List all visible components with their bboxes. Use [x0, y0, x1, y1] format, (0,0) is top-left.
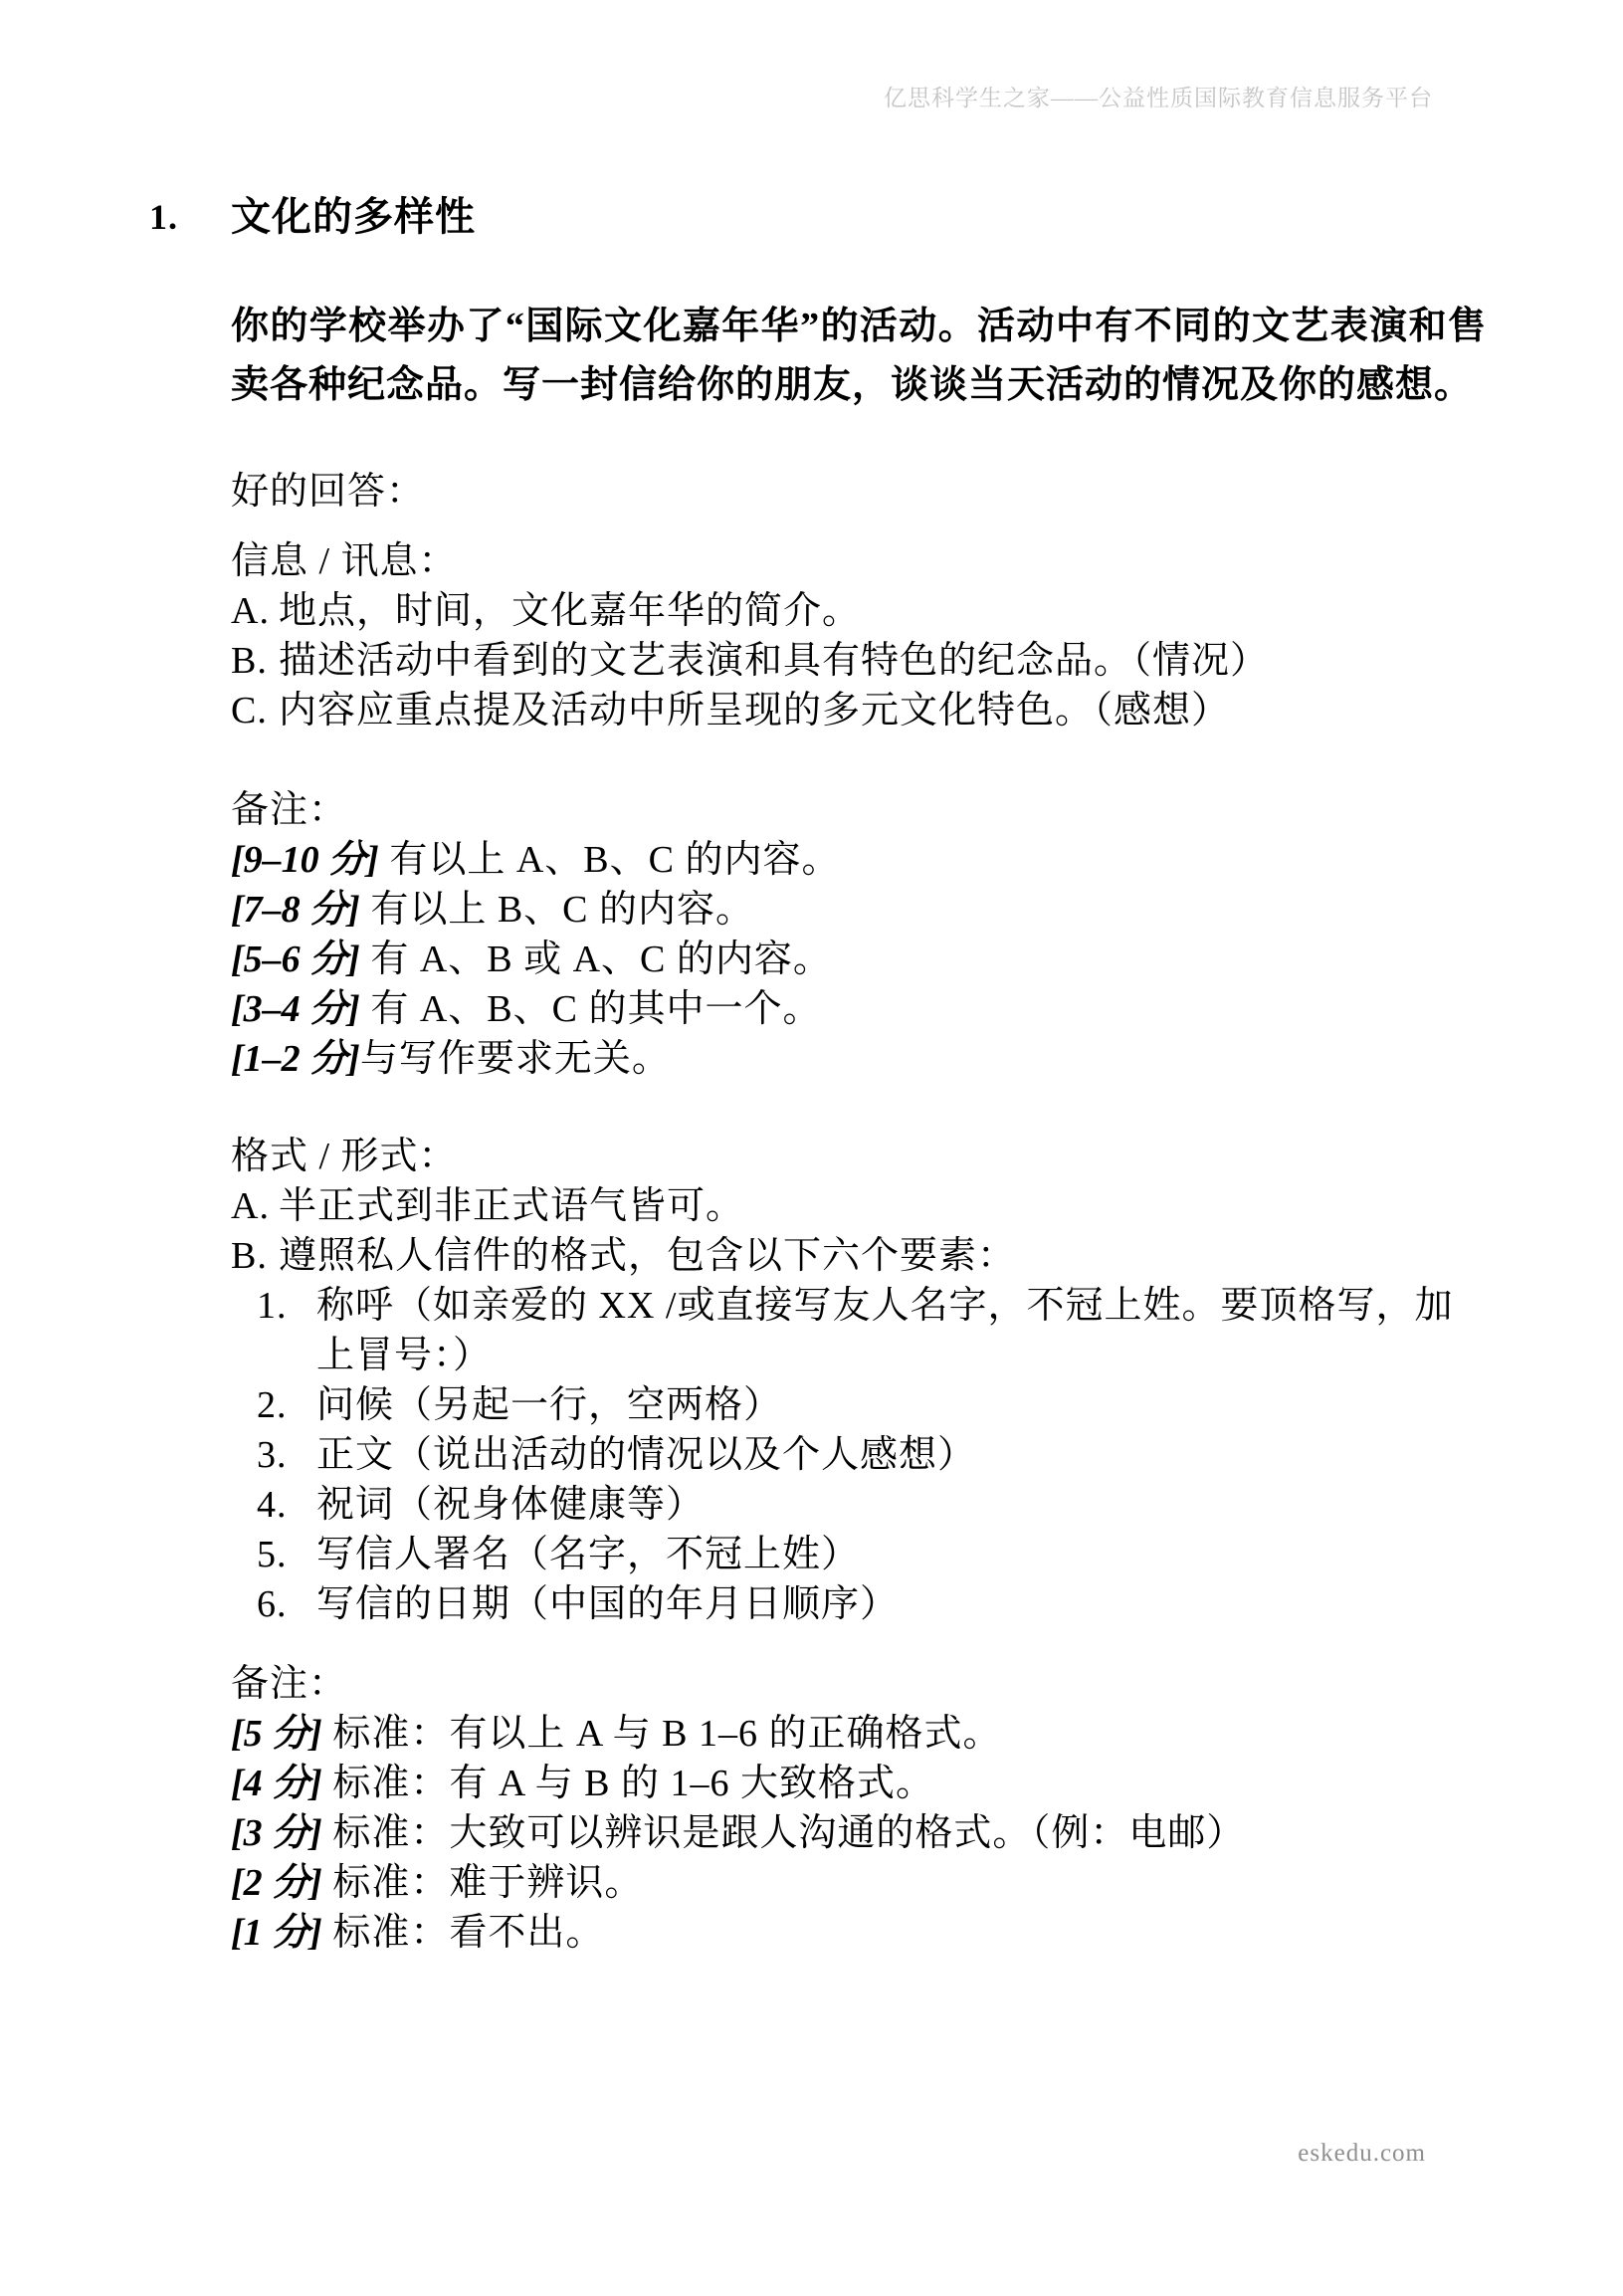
info-score-list: [9–10 分] 有以上 A、B、C 的内容。 [7–8 分] 有以上 B、C …	[231, 835, 1487, 1084]
format-notes-heading: 备注：	[231, 1659, 1487, 1709]
score-band: [7–8 分]	[231, 889, 360, 931]
format-score-list: [5 分] 标准：有以上 A 与 B 1–6 的正确格式。 [4 分] 标准：有…	[231, 1709, 1487, 1958]
point-label: C.	[231, 686, 279, 735]
score-criterion: [5–6 分] 有 A、B 或 A、C 的内容。	[231, 935, 1487, 984]
point-label: A.	[231, 1181, 279, 1231]
score-text: 有以上 B、C 的内容。	[360, 889, 754, 931]
score-band: [5 分]	[231, 1713, 322, 1755]
score-band: [2 分]	[231, 1862, 322, 1904]
score-text: 标准：有 A 与 B 的 1–6 大致格式。	[322, 1763, 934, 1804]
list-item: 6. 写信的日期（中国的年月日顺序）	[257, 1579, 1487, 1629]
score-band: [3 分]	[231, 1812, 322, 1854]
good-answer-label: 好的回答：	[231, 467, 1487, 517]
letter-elements-list: 1. 称呼（如亲爱的 XX /或直接写友人名字，不冠上姓。要顶格写，加上冒号：）…	[257, 1281, 1487, 1629]
score-criterion: [1 分] 标准：看不出。	[231, 1908, 1487, 1958]
item-text: 写信人署名（名字，不冠上姓）	[316, 1530, 1487, 1579]
list-item: 3. 正文（说出活动的情况以及个人感想）	[257, 1430, 1487, 1480]
score-band: [9–10 分]	[231, 839, 379, 881]
question-number: 1.	[149, 192, 178, 242]
score-text: 标准：难于辨识。	[322, 1862, 644, 1904]
item-number: 2.	[257, 1380, 316, 1430]
point-text: 地点，时间，文化嘉年华的简介。	[279, 586, 1487, 636]
item-text: 祝词（祝身体健康等）	[316, 1480, 1487, 1530]
list-item: B. 遵照私人信件的格式，包含以下六个要素：	[231, 1231, 1487, 1281]
list-item: C. 内容应重点提及活动中所呈现的多元文化特色。（感想）	[231, 686, 1487, 735]
score-band: [3–4 分]	[231, 988, 360, 1030]
score-criterion: [5 分] 标准：有以上 A 与 B 1–6 的正确格式。	[231, 1709, 1487, 1759]
item-text: 写信的日期（中国的年月日顺序）	[316, 1579, 1487, 1629]
score-text: 有以上 A、B、C 的内容。	[379, 839, 841, 881]
list-item: 2. 问候（另起一行，空两格）	[257, 1380, 1487, 1430]
format-section-heading: 格式 / 形式：	[231, 1132, 1487, 1181]
document-page: 亿思科学生之家——公益性质国际教育信息服务平台 1. 文化的多样性 你的学校举办…	[0, 0, 1623, 2296]
score-band: [1–2 分]	[231, 1038, 360, 1080]
score-band: [4 分]	[231, 1763, 322, 1804]
question-body: 1. 文化的多样性 你的学校举办了“国际文化嘉年华”的活动。活动中有不同的文艺表…	[231, 192, 1487, 1958]
point-text: 内容应重点提及活动中所呈现的多元文化特色。（感想）	[279, 686, 1487, 735]
score-text: 标准：有以上 A 与 B 1–6 的正确格式。	[322, 1713, 1002, 1755]
format-points-list: A. 半正式到非正式语气皆可。 B. 遵照私人信件的格式，包含以下六个要素：	[231, 1181, 1487, 1281]
score-text: 标准：大致可以辨识是跟人沟通的格式。（例：电邮）	[322, 1812, 1246, 1854]
point-label: B.	[231, 636, 279, 686]
question-prompt: 你的学校举办了“国际文化嘉年华”的活动。活动中有不同的文艺表演和售卖各种纪念品。…	[231, 298, 1487, 415]
item-number: 4.	[257, 1480, 316, 1530]
list-item: A. 地点，时间，文化嘉年华的简介。	[231, 586, 1487, 636]
score-text: 有 A、B、C 的其中一个。	[360, 988, 822, 1030]
score-band: [1 分]	[231, 1912, 322, 1954]
item-text: 问候（另起一行，空两格）	[316, 1380, 1487, 1430]
item-number: 3.	[257, 1430, 316, 1480]
info-section-heading: 信息 / 讯息：	[231, 536, 1487, 586]
point-text: 描述活动中看到的文艺表演和具有特色的纪念品。（情况）	[279, 636, 1487, 686]
list-item: A. 半正式到非正式语气皆可。	[231, 1181, 1487, 1231]
question-title: 文化的多样性	[231, 194, 476, 239]
score-criterion: [2 分] 标准：难于辨识。	[231, 1858, 1487, 1908]
point-label: B.	[231, 1231, 279, 1281]
site-watermark-header: 亿思科学生之家——公益性质国际教育信息服务平台	[884, 80, 1433, 112]
score-criterion: [9–10 分] 有以上 A、B、C 的内容。	[231, 835, 1487, 885]
list-item: 1. 称呼（如亲爱的 XX /或直接写友人名字，不冠上姓。要顶格写，加上冒号：）	[257, 1281, 1487, 1380]
info-points-list: A. 地点，时间，文化嘉年华的简介。 B. 描述活动中看到的文艺表演和具有特色的…	[231, 586, 1487, 735]
score-text: 标准：看不出。	[322, 1912, 605, 1954]
list-item: 5. 写信人署名（名字，不冠上姓）	[257, 1530, 1487, 1579]
info-notes-heading: 备注：	[231, 785, 1487, 835]
score-criterion: [4 分] 标准：有 A 与 B 的 1–6 大致格式。	[231, 1759, 1487, 1808]
score-criterion: [7–8 分] 有以上 B、C 的内容。	[231, 885, 1487, 935]
list-item: 4. 祝词（祝身体健康等）	[257, 1480, 1487, 1530]
score-text: 与写作要求无关。	[360, 1038, 671, 1080]
item-text: 正文（说出活动的情况以及个人感想）	[316, 1430, 1487, 1480]
point-text: 半正式到非正式语气皆可。	[279, 1181, 1487, 1231]
list-item: B. 描述活动中看到的文艺表演和具有特色的纪念品。（情况）	[231, 636, 1487, 686]
score-text: 有 A、B 或 A、C 的内容。	[360, 939, 832, 980]
score-criterion: [1–2 分]与写作要求无关。	[231, 1034, 1487, 1084]
item-number: 5.	[257, 1530, 316, 1579]
score-criterion: [3 分] 标准：大致可以辨识是跟人沟通的格式。（例：电邮）	[231, 1808, 1487, 1858]
site-url-footer: eskedu.com	[1298, 2140, 1426, 2168]
score-band: [5–6 分]	[231, 939, 360, 980]
point-text: 遵照私人信件的格式，包含以下六个要素：	[279, 1231, 1487, 1281]
point-label: A.	[231, 586, 279, 636]
question-title-row: 1. 文化的多样性	[231, 192, 1487, 242]
item-text: 称呼（如亲爱的 XX /或直接写友人名字，不冠上姓。要顶格写，加上冒号：）	[316, 1281, 1487, 1380]
item-number: 1.	[257, 1281, 316, 1380]
item-number: 6.	[257, 1579, 316, 1629]
score-criterion: [3–4 分] 有 A、B、C 的其中一个。	[231, 984, 1487, 1034]
